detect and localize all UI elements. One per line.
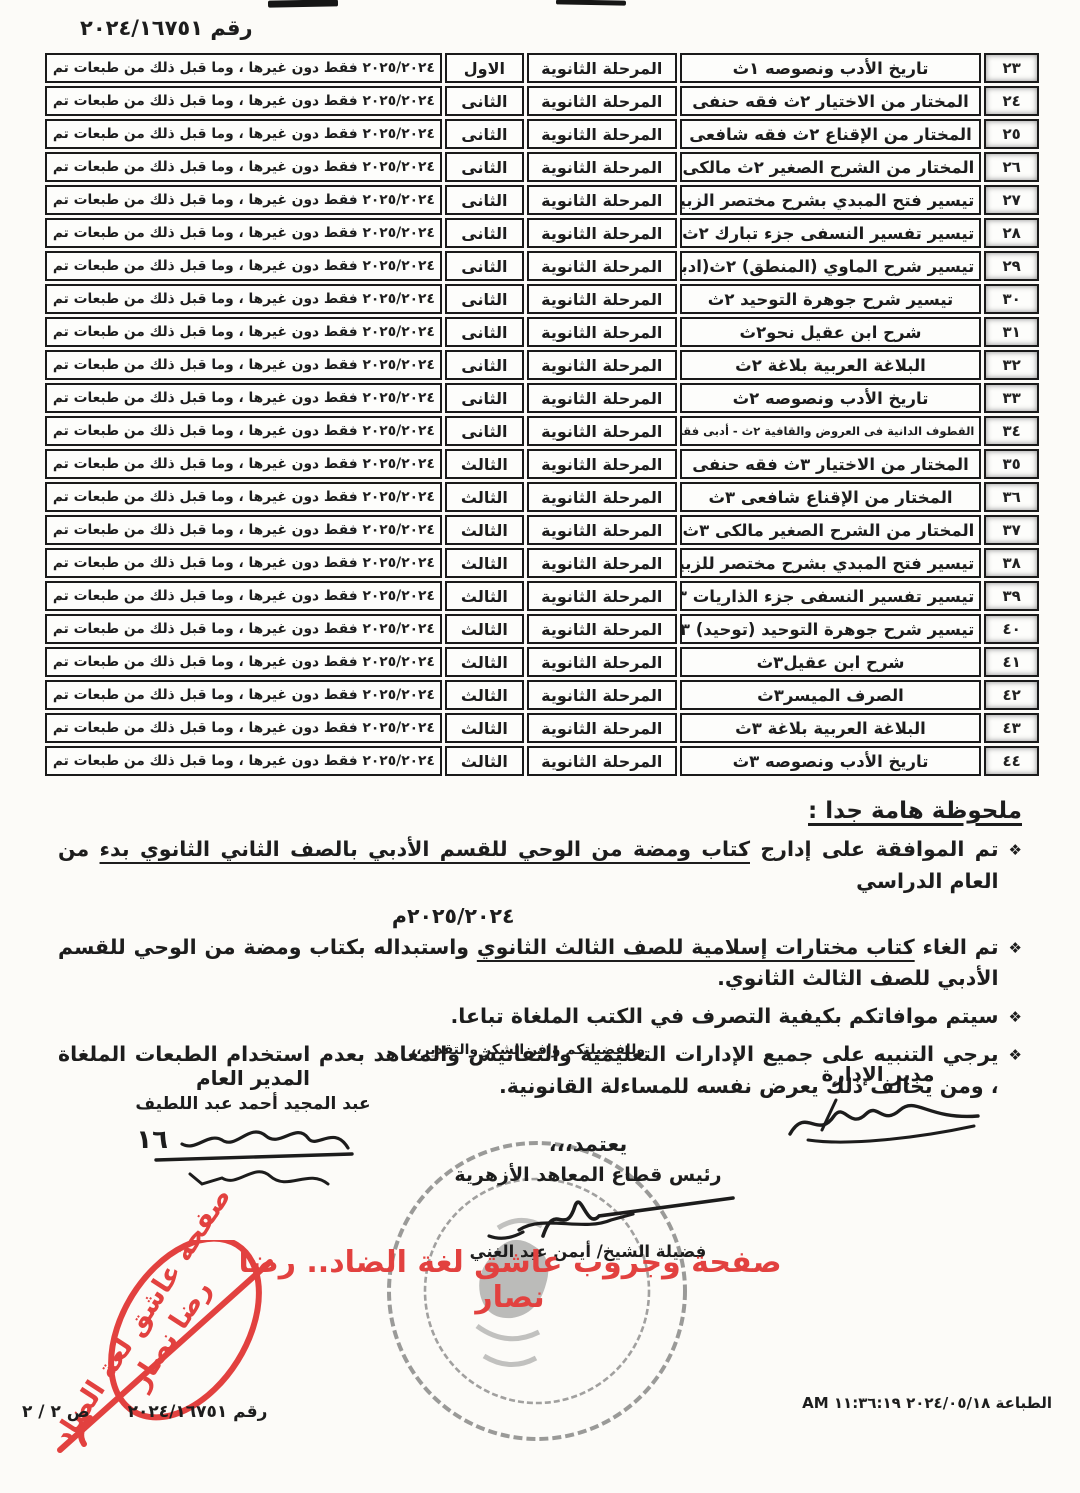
table-row: ٣٨ تيسير فتح المبدي بشرح مختصر للزبيدى ٣… (45, 548, 1039, 578)
row-number-cell: ٢٨ (984, 218, 1039, 248)
row-number-cell: ٢٩ (984, 251, 1039, 281)
table-row: ٢٣ تاريخ الأدب ونصوصه ١ث المرحلة الثانوي… (45, 53, 1039, 83)
book-title-cell: المختار من الاختيار ٣ث فقه حنفى (680, 449, 982, 479)
edition-note-cell: ٢٠٢٥/٢٠٢٤ فقط دون غيرها ، وما قبل ذلك من… (45, 680, 442, 710)
book-title-cell: شرح ابن عقيل نحو٢ث (680, 317, 982, 347)
bullet-diamond-icon: ❖ (1009, 1001, 1022, 1033)
row-number-cell: ٣٥ (984, 449, 1039, 479)
row-number-cell: ٢٥ (984, 119, 1039, 149)
note-2-text: تم الغاء كتاب مختارات إسلامية للصف الثال… (58, 932, 999, 996)
stage-cell: المرحلة الثانوية (527, 383, 677, 413)
scan-artifact (268, 0, 338, 8)
edition-note-cell: ٢٠٢٥/٢٠٢٤ فقط دون غيرها ، وما قبل ذلك من… (45, 251, 442, 281)
edition-note-cell: ٢٠٢٥/٢٠٢٤ فقط دون غيرها ، وما قبل ذلك من… (45, 53, 442, 83)
bullet-diamond-icon: ❖ (1009, 834, 1022, 898)
bullet-diamond-icon: ❖ (1009, 1039, 1022, 1103)
stage-cell: المرحلة الثانوية (527, 185, 677, 215)
book-title-cell: المختار من الإقناع شافعى ٣ث (680, 482, 982, 512)
edition-note-cell: ٢٠٢٥/٢٠٢٤ فقط دون غيرها ، وما قبل ذلك من… (45, 548, 442, 578)
row-number-cell: ٣٠ (984, 284, 1039, 314)
edition-note-cell: ٢٠٢٥/٢٠٢٤ فقط دون غيرها ، وما قبل ذلك من… (45, 119, 442, 149)
row-number-cell: ٣٤ (984, 416, 1039, 446)
table-row: ٣٧ المختار من الشرح الصغير مالكى ٣ث المر… (45, 515, 1039, 545)
note-item-2: ❖ تم الغاء كتاب مختارات إسلامية للصف الث… (58, 932, 1022, 996)
row-number-cell: ٤٣ (984, 713, 1039, 743)
table-row: ٣٩ تيسير تفسير النسفى جزء الذاريات ٣ث ال… (45, 581, 1039, 611)
stage-cell: المرحلة الثانوية (527, 317, 677, 347)
book-title-cell: المختار من الشرح الصغير ٢ث مالكى (680, 152, 982, 182)
approve-label: يعتمد،،، (408, 1132, 768, 1156)
stage-cell: المرحلة الثانوية (527, 449, 677, 479)
stage-cell: المرحلة الثانوية (527, 119, 677, 149)
row-number-cell: ٤٤ (984, 746, 1039, 776)
note-item-1: ❖ تم الموافقة على إدارج كتاب ومضة من الو… (58, 834, 1022, 898)
book-title-cell: المختار من الإقناع ٢ث فقه شافعى (680, 119, 982, 149)
edition-note-cell: ٢٠٢٥/٢٠٢٤ فقط دون غيرها ، وما قبل ذلك من… (45, 383, 442, 413)
books-table-body: ٢٣ تاريخ الأدب ونصوصه ١ث المرحلة الثانوي… (45, 53, 1039, 776)
books-table: ٢٣ تاريخ الأدب ونصوصه ١ث المرحلة الثانوي… (42, 50, 1042, 779)
row-number-cell: ٣٧ (984, 515, 1039, 545)
red-watermark-rotated-line2: رضا نصار (67, 1187, 275, 1482)
book-title-cell: البلاغة العربية بلاغة ٢ث (680, 350, 982, 380)
stage-cell: المرحلة الثانوية (527, 53, 677, 83)
handwritten-number: ٥١١٦ (138, 1125, 168, 1155)
approval-block: يعتمد،،، رئيس قطاع المعاهد الأزهرية فضيل… (408, 1132, 768, 1261)
table-row: ٣١ شرح ابن عقيل نحو٢ث المرحلة الثانوية ا… (45, 317, 1039, 347)
table-row: ٣٢ البلاغة العربية بلاغة ٢ث المرحلة الثا… (45, 350, 1039, 380)
table-row: ٣٤ القطوف الدانية فى العروض والقافية ٢ث … (45, 416, 1039, 446)
document-number-header: رقم ٢٠٢٤/١٦٧٥١ (80, 16, 253, 40)
note-2-underlined: كتاب مختارات إسلامية للصف الثالث الثانوي (477, 935, 915, 959)
row-number-cell: ٣٢ (984, 350, 1039, 380)
bullet-diamond-icon: ❖ (1009, 932, 1022, 996)
book-title-cell: تيسير تفسير النسفى جزء تبارك ٢ث (680, 218, 982, 248)
edition-note-cell: ٢٠٢٥/٢٠٢٤ فقط دون غيرها ، وما قبل ذلك من… (45, 515, 442, 545)
row-number-cell: ٢٦ (984, 152, 1039, 182)
grade-cell: الاول (445, 53, 524, 83)
grade-cell: الثانى (445, 251, 524, 281)
row-number-cell: ٤٠ (984, 614, 1039, 644)
grade-cell: الثانى (445, 317, 524, 347)
grade-cell: الثالث (445, 647, 524, 677)
note-item-3: ❖ سيتم موافاتكم بكيفية التصرف في الكتب ا… (58, 1001, 1022, 1033)
stage-cell: المرحلة الثانوية (527, 86, 677, 116)
sector-head-title: رئيس قطاع المعاهد الأزهرية (408, 1164, 768, 1186)
table-row: ٣٥ المختار من الاختيار ٣ث فقه حنفى المرح… (45, 449, 1039, 479)
table-row: ٤٤ تاريخ الأدب ونصوصه ٣ث المرحلة الثانوي… (45, 746, 1039, 776)
stage-cell: المرحلة الثانوية (527, 713, 677, 743)
edition-note-cell: ٢٠٢٥/٢٠٢٤ فقط دون غيرها ، وما قبل ذلك من… (45, 614, 442, 644)
stage-cell: المرحلة الثانوية (527, 251, 677, 281)
grade-cell: الثانى (445, 86, 524, 116)
book-title-cell: القطوف الدانية فى العروض والقافية ٢ث - أ… (680, 416, 982, 446)
book-title-cell: تيسير فتح المبدي بشرح مختصر الزبيدى ٢ث (680, 185, 982, 215)
edition-note-cell: ٢٠٢٥/٢٠٢٤ فقط دون غيرها ، وما قبل ذلك من… (45, 152, 442, 182)
admin-director-block: مدير الإدارة (768, 1062, 988, 1152)
row-number-cell: ٣٩ (984, 581, 1039, 611)
table-row: ٤٣ البلاغة العربية بلاغة ٣ث المرحلة الثا… (45, 713, 1039, 743)
scan-artifact (556, 0, 626, 6)
grade-cell: الثالث (445, 548, 524, 578)
grade-cell: الثانى (445, 350, 524, 380)
table-row: ٤٢ الصرف الميسر٣ث المرحلة الثانوية الثال… (45, 680, 1039, 710)
book-title-cell: تاريخ الأدب ونصوصه ٢ث (680, 383, 982, 413)
book-title-cell: المختار من الاختيار ٢ث فقه حنفى (680, 86, 982, 116)
table-row: ٢٥ المختار من الإقناع ٢ث فقه شافعى المرح… (45, 119, 1039, 149)
stage-cell: المرحلة الثانوية (527, 581, 677, 611)
grade-cell: الثالث (445, 713, 524, 743)
grade-cell: الثالث (445, 449, 524, 479)
edition-note-cell: ٢٠٢٥/٢٠٢٤ فقط دون غيرها ، وما قبل ذلك من… (45, 746, 442, 776)
table-row: ٣٦ المختار من الإقناع شافعى ٣ث المرحلة ا… (45, 482, 1039, 512)
stage-cell: المرحلة الثانوية (527, 647, 677, 677)
stage-cell: المرحلة الثانوية (527, 680, 677, 710)
book-title-cell: تاريخ الأدب ونصوصه ١ث (680, 53, 982, 83)
grade-cell: الثالث (445, 746, 524, 776)
edition-note-cell: ٢٠٢٥/٢٠٢٤ فقط دون غيرها ، وما قبل ذلك من… (45, 350, 442, 380)
grade-cell: الثانى (445, 152, 524, 182)
stage-cell: المرحلة الثانوية (527, 416, 677, 446)
admin-director-signature-scrawl (778, 1086, 988, 1152)
table-row: ٢٧ تيسير فتح المبدي بشرح مختصر الزبيدى ٢… (45, 185, 1039, 215)
sector-head-signature-scrawl (423, 1186, 753, 1248)
table-row: ٢٨ تيسير تفسير النسفى جزء تبارك ٢ث المرح… (45, 218, 1039, 248)
grade-cell: الثالث (445, 680, 524, 710)
row-number-cell: ٣٦ (984, 482, 1039, 512)
note-3-text: سيتم موافاتكم بكيفية التصرف في الكتب الم… (58, 1001, 999, 1033)
note-2-pre: تم الغاء (915, 935, 999, 959)
general-manager-block: المدير العام عبد المجيد أحمد عبد اللطيف … (128, 1066, 378, 1206)
footer-page-number: ص ٢ / ٢ (22, 1402, 90, 1422)
row-number-cell: ٢٧ (984, 185, 1039, 215)
general-manager-name: عبد المجيد أحمد عبد اللطيف (128, 1094, 378, 1114)
stage-cell: المرحلة الثانوية (527, 152, 677, 182)
grade-cell: الثانى (445, 284, 524, 314)
row-number-cell: ٣١ (984, 317, 1039, 347)
table-row: ٤٠ تيسير شرح جوهرة التوحيد (توحيد) ٣ث ال… (45, 614, 1039, 644)
book-title-cell: شرح ابن عقيل٣ث (680, 647, 982, 677)
red-watermark-text: صفحة وجروب عاشق لغة الضاد.. رضا نصار (215, 1245, 805, 1315)
table-row: ٢٦ المختار من الشرح الصغير ٢ث مالكى المر… (45, 152, 1039, 182)
edition-note-cell: ٢٠٢٥/٢٠٢٤ فقط دون غيرها ، وما قبل ذلك من… (45, 647, 442, 677)
book-title-cell: تيسير فتح المبدي بشرح مختصر للزبيدى ٣ث (680, 548, 982, 578)
edition-note-cell: ٢٠٢٥/٢٠٢٤ فقط دون غيرها ، وما قبل ذلك من… (45, 185, 442, 215)
note-1-text: تم الموافقة على إدارج كتاب ومضة من الوحي… (58, 834, 999, 898)
notes-heading: ملحوظة هامة جدا : (58, 798, 1022, 824)
edition-note-cell: ٢٠٢٥/٢٠٢٤ فقط دون غيرها ، وما قبل ذلك من… (45, 218, 442, 248)
stage-cell: المرحلة الثانوية (527, 350, 677, 380)
grade-cell: الثالث (445, 614, 524, 644)
edition-note-cell: ٢٠٢٥/٢٠٢٤ فقط دون غيرها ، وما قبل ذلك من… (45, 581, 442, 611)
book-title-cell: البلاغة العربية بلاغة ٣ث (680, 713, 982, 743)
grade-cell: الثالث (445, 515, 524, 545)
closing-thanks: وللفضيلتكم وافر الشكر والتقدير،، (388, 1042, 668, 1058)
table-row: ٢٤ المختار من الاختيار ٢ث فقه حنفى المرح… (45, 86, 1039, 116)
grade-cell: الثانى (445, 416, 524, 446)
row-number-cell: ٣٨ (984, 548, 1039, 578)
grade-cell: الثالث (445, 482, 524, 512)
book-title-cell: تيسير تفسير النسفى جزء الذاريات ٣ث (680, 581, 982, 611)
grade-cell: الثانى (445, 119, 524, 149)
row-number-cell: ٢٣ (984, 53, 1039, 83)
stage-cell: المرحلة الثانوية (527, 218, 677, 248)
note-1-pre: تم الموافقة على إدارج (750, 837, 999, 861)
edition-note-cell: ٢٠٢٥/٢٠٢٤ فقط دون غيرها ، وما قبل ذلك من… (45, 449, 442, 479)
book-title-cell: تيسير شرح الماوي (المنطق) ٢ث(ادبى فقط) (680, 251, 982, 281)
edition-note-cell: ٢٠٢٥/٢٠٢٤ فقط دون غيرها ، وما قبل ذلك من… (45, 416, 442, 446)
row-number-cell: ٣٣ (984, 383, 1039, 413)
stage-cell: المرحلة الثانوية (527, 746, 677, 776)
grade-cell: الثانى (445, 383, 524, 413)
edition-note-cell: ٢٠٢٥/٢٠٢٤ فقط دون غيرها ، وما قبل ذلك من… (45, 86, 442, 116)
table-row: ٢٩ تيسير شرح الماوي (المنطق) ٢ث(ادبى فقط… (45, 251, 1039, 281)
book-title-cell: الصرف الميسر٣ث (680, 680, 982, 710)
footer-doc-number-page: رقم ٢٠٢٤/١٦٧٥١ص ٢ / ٢ (22, 1402, 267, 1422)
stage-cell: المرحلة الثانوية (527, 515, 677, 545)
book-title-cell: تاريخ الأدب ونصوصه ٣ث (680, 746, 982, 776)
note-1-year: ٢٠٢٥/٢٠٢٤م (58, 904, 848, 928)
red-watermark-rotated: صفحة عاشق لغة الضاد رضا نصار (39, 1169, 275, 1483)
stage-cell: المرحلة الثانوية (527, 284, 677, 314)
grade-cell: الثالث (445, 581, 524, 611)
general-manager-title: المدير العام (128, 1066, 378, 1090)
row-number-cell: ٤١ (984, 647, 1039, 677)
table-row: ٤١ شرح ابن عقيل٣ث المرحلة الثانوية الثال… (45, 647, 1039, 677)
edition-note-cell: ٢٠٢٥/٢٠٢٤ فقط دون غيرها ، وما قبل ذلك من… (45, 284, 442, 314)
row-number-cell: ٢٤ (984, 86, 1039, 116)
row-number-cell: ٤٢ (984, 680, 1039, 710)
stage-cell: المرحلة الثانوية (527, 482, 677, 512)
stage-cell: المرحلة الثانوية (527, 548, 677, 578)
table-row: ٣٣ تاريخ الأدب ونصوصه ٢ث المرحلة الثانوي… (45, 383, 1039, 413)
scanned-document-page: رقم ٢٠٢٤/١٦٧٥١ ٢٣ تاريخ الأدب ونصوصه ١ث … (0, 0, 1080, 1493)
grade-cell: الثانى (445, 218, 524, 248)
stage-cell: المرحلة الثانوية (527, 614, 677, 644)
edition-note-cell: ٢٠٢٥/٢٠٢٤ فقط دون غيرها ، وما قبل ذلك من… (45, 713, 442, 743)
note-1-underlined: كتاب ومضة من الوحي للقسم الأدبي بالصف ال… (100, 837, 750, 861)
grade-cell: الثانى (445, 185, 524, 215)
book-title-cell: تيسير شرح جوهرة التوحيد (توحيد) ٣ث (680, 614, 982, 644)
edition-note-cell: ٢٠٢٥/٢٠٢٤ فقط دون غيرها ، وما قبل ذلك من… (45, 482, 442, 512)
book-title-cell: المختار من الشرح الصغير مالكى ٣ث (680, 515, 982, 545)
table-row: ٣٠ تيسير شرح جوهرة التوحيد ٢ث المرحلة ال… (45, 284, 1039, 314)
general-manager-signature-scrawl: ٥١١٦ (138, 1114, 378, 1206)
footer-print-timestamp: الطباعة ٢٠٢٤/٠٥/١٨ ١١:٣٦:١٩ AM (802, 1394, 1052, 1412)
footer-doc-number: رقم ٢٠٢٤/١٦٧٥١ (128, 1402, 268, 1422)
book-title-cell: تيسير شرح جوهرة التوحيد ٢ث (680, 284, 982, 314)
edition-note-cell: ٢٠٢٥/٢٠٢٤ فقط دون غيرها ، وما قبل ذلك من… (45, 317, 442, 347)
admin-director-title: مدير الإدارة (768, 1062, 988, 1086)
